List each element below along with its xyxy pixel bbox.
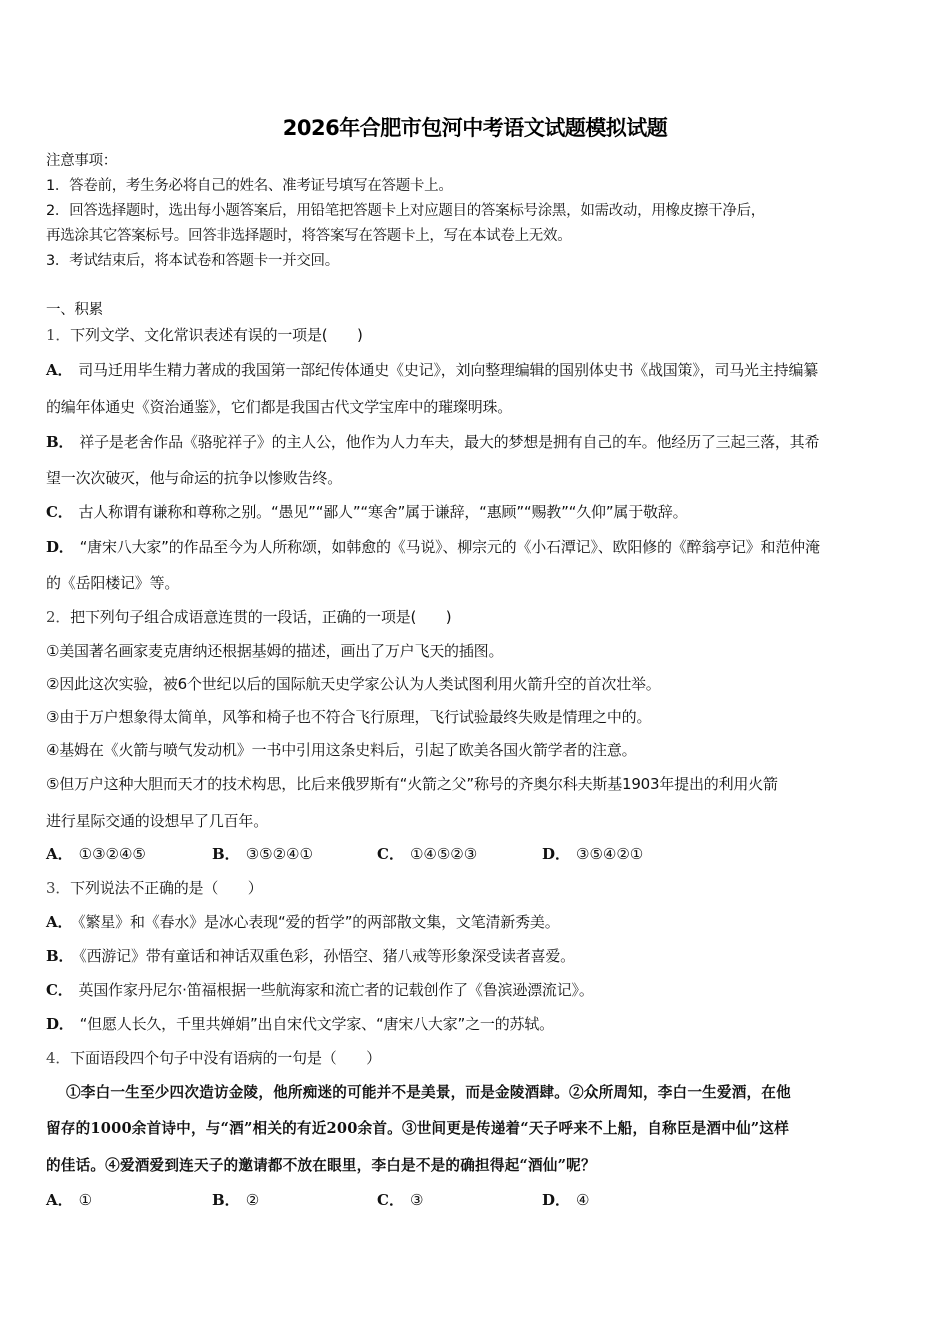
option-letter: A． bbox=[46, 361, 72, 379]
question-number: 3． bbox=[46, 879, 70, 897]
question-number: 4． bbox=[46, 1049, 70, 1067]
notice-heading: 注意事项： bbox=[46, 151, 908, 171]
question-text: 把下列句子组合成语意连贯的一段话，正确的一项是( ) bbox=[70, 608, 451, 626]
q1-option-d[interactable]: D．“唐宋八大家”的作品至今为人所称颂，如韩愈的《马说》、柳宗元的《小石潭记》、… bbox=[46, 537, 908, 557]
option-letter: B． bbox=[212, 1191, 240, 1209]
option-text: 古人称谓有谦称和尊称之别。“愚见”“鄙人”“寒舍”属于谦辞，“惠顾”“赐教”“久… bbox=[79, 503, 688, 521]
page-title: 2026年合肥市包河中考语文试题模拟试题 bbox=[0, 112, 950, 142]
q4-option-a[interactable]: A．① bbox=[46, 1190, 92, 1210]
option-text: ③⑤④②① bbox=[576, 845, 643, 863]
q2-sentence-5: ⑤但万户这种大胆而天才的技术构思，比后来俄罗斯有“火箭之父”称号的齐奥尔科夫斯基… bbox=[46, 774, 908, 794]
notice-item: 再选涂其它答案标号。回答非选择题时，将答案写在答题卡上，写在本试卷上无效。 bbox=[46, 226, 908, 246]
option-letter: A． bbox=[46, 1191, 73, 1209]
q2-option-b[interactable]: B．③⑤②④① bbox=[212, 844, 313, 864]
option-letter: A． bbox=[46, 845, 73, 863]
option-letter: C． bbox=[377, 1191, 404, 1209]
option-text: ①③②④⑤ bbox=[79, 845, 146, 863]
question-number: 2． bbox=[46, 608, 70, 626]
option-letter: C． bbox=[377, 845, 404, 863]
option-text: 《西游记》带有童话和神话双重色彩，孙悟空、猪八戒等形象深受读者喜爱。 bbox=[79, 947, 575, 965]
notice-item: 1．答卷前，考生务必将自己的姓名、准考证号填写在答题卡上。 bbox=[46, 176, 908, 196]
q4-option-b[interactable]: B．② bbox=[212, 1190, 259, 1210]
question-1-stem: 1．下列文学、文化常识表述有误的一项是( ) bbox=[46, 325, 908, 345]
notice-item: 2．回答选择题时，选出每小题答案后，用铅笔把答题卡上对应题目的答案标号涂黑，如需… bbox=[46, 201, 908, 221]
option-text: 司马迁用毕生精力著成的我国第一部纪传体通史《史记》，刘向整理编辑的国别体史书《战… bbox=[78, 361, 818, 379]
q3-option-a[interactable]: A．《繁星》和《春水》是冰心表现“爱的哲学”的两部散文集，文笔清新秀美。 bbox=[46, 912, 908, 932]
q4-passage-line: 的佳话。④爱酒爱到连天子的邀请都不放在眼里，李白是不是的确担得起“酒仙”呢？ bbox=[46, 1156, 908, 1176]
question-2-stem: 2．把下列句子组合成语意连贯的一段话，正确的一项是( ) bbox=[46, 607, 908, 627]
option-letter: B． bbox=[212, 845, 240, 863]
question-text: 下列文学、文化常识表述有误的一项是( ) bbox=[70, 326, 363, 344]
option-text: 英国作家丹尼尔·笛福根据一些航海家和流亡者的记载创作了《鲁滨逊漂流记》。 bbox=[79, 981, 594, 999]
q1-option-d-cont: 的《岳阳楼记》等。 bbox=[46, 573, 908, 593]
q1-option-b-cont: 望一次次破灭，他与命运的抗争以惨败告终。 bbox=[46, 468, 908, 488]
option-letter: D． bbox=[46, 538, 74, 556]
q4-options: A．① B．② C．③ D．④ bbox=[46, 1190, 908, 1210]
option-letter: B． bbox=[46, 433, 73, 451]
option-letter: B． bbox=[46, 947, 73, 965]
q3-option-d[interactable]: D．“但愿人长久，千里共婵娟”出自宋代文学家、“唐宋八大家”之一的苏轼。 bbox=[46, 1014, 908, 1034]
option-letter: D． bbox=[542, 1191, 570, 1209]
q2-sentence-3: ③由于万户想象得太简单，风筝和椅子也不符合飞行原理，飞行试验最终失败是情理之中的… bbox=[46, 707, 908, 727]
q1-option-b[interactable]: B．祥子是老舍作品《骆驼祥子》的主人公，他作为人力车夫，最大的梦想是拥有自己的车… bbox=[46, 432, 908, 452]
q2-sentence-4: ④基姆在《火箭与喷气发动机》一书中引用这条史料后，引起了欧美各国火箭学者的注意。 bbox=[46, 740, 908, 760]
option-text: “唐宋八大家”的作品至今为人所称颂，如韩愈的《马说》、柳宗元的《小石潭记》、欧阳… bbox=[80, 538, 820, 556]
option-text: ① bbox=[79, 1191, 92, 1209]
q2-options: A．①③②④⑤ B．③⑤②④① C．①④⑤②③ D．③⑤④②① bbox=[46, 844, 908, 864]
q3-option-c[interactable]: C．英国作家丹尼尔·笛福根据一些航海家和流亡者的记载创作了《鲁滨逊漂流记》。 bbox=[46, 980, 908, 1000]
notice-item: 3．考试结束后，将本试卷和答题卡一并交回。 bbox=[46, 251, 908, 271]
q1-option-a-cont: 的编年体通史《资治通鉴》，它们都是我国古代文学宝库中的璀璨明珠。 bbox=[46, 397, 908, 417]
question-4-stem: 4．下面语段四个句子中没有语病的一句是（ ） bbox=[46, 1048, 908, 1068]
question-text: 下面语段四个句子中没有语病的一句是（ ） bbox=[70, 1049, 381, 1067]
q2-option-d[interactable]: D．③⑤④②① bbox=[542, 844, 643, 864]
question-text: 下列说法不正确的是（ ） bbox=[70, 879, 262, 897]
option-text: ③⑤②④① bbox=[246, 845, 313, 863]
q2-sentence-1: ①美国著名画家麦克唐纳还根据基姆的描述，画出了万户飞天的插图。 bbox=[46, 641, 908, 661]
option-text: 《繁星》和《春水》是冰心表现“爱的哲学”的两部散文集，文笔清新秀美。 bbox=[78, 913, 559, 931]
question-3-stem: 3．下列说法不正确的是（ ） bbox=[46, 878, 908, 898]
option-letter: D． bbox=[46, 1015, 74, 1033]
q4-option-c[interactable]: C．③ bbox=[377, 1190, 423, 1210]
q4-option-d[interactable]: D．④ bbox=[542, 1190, 589, 1210]
option-text: ①④⑤②③ bbox=[410, 845, 477, 863]
q2-option-a[interactable]: A．①③②④⑤ bbox=[46, 844, 146, 864]
q1-option-a[interactable]: A．司马迁用毕生精力著成的我国第一部纪传体通史《史记》，刘向整理编辑的国别体史书… bbox=[46, 360, 908, 380]
q2-sentence-5-cont: 进行星际交通的设想早了几百年。 bbox=[46, 811, 908, 831]
q4-passage-line: 留存的1000余首诗中，与“酒”相关的有近200余首。③世间更是传递着“天子呼来… bbox=[46, 1119, 908, 1139]
option-letter: C． bbox=[46, 503, 73, 521]
section-heading: 一、积累 bbox=[46, 300, 908, 320]
q2-sentence-2: ②因此这次实验，被6个世纪以后的国际航天史学家公认为人类试图利用火箭升空的首次壮… bbox=[46, 674, 908, 694]
question-number: 1． bbox=[46, 326, 70, 344]
option-text: ④ bbox=[576, 1191, 589, 1209]
option-text: “但愿人长久，千里共婵娟”出自宋代文学家、“唐宋八大家”之一的苏轼。 bbox=[80, 1015, 554, 1033]
exam-page: 2026年合肥市包河中考语文试题模拟试题 注意事项： 1．答卷前，考生务必将自己… bbox=[0, 0, 950, 1344]
option-letter: D． bbox=[542, 845, 570, 863]
option-letter: A． bbox=[46, 913, 72, 931]
option-letter: C． bbox=[46, 981, 73, 999]
option-text: ③ bbox=[410, 1191, 423, 1209]
option-text: 祥子是老舍作品《骆驼祥子》的主人公，他作为人力车夫，最大的梦想是拥有自己的车。他… bbox=[79, 433, 819, 451]
q1-option-c[interactable]: C．古人称谓有谦称和尊称之别。“愚见”“鄙人”“寒舍”属于谦辞，“惠顾”“赐教”… bbox=[46, 502, 908, 522]
option-text: ② bbox=[246, 1191, 259, 1209]
q2-option-c[interactable]: C．①④⑤②③ bbox=[377, 844, 477, 864]
q4-passage-line: ①李白一生至少四次造访金陵，他所痴迷的可能并不是美景，而是金陵酒肆。②众所周知，… bbox=[66, 1083, 908, 1103]
q3-option-b[interactable]: B．《西游记》带有童话和神话双重色彩，孙悟空、猪八戒等形象深受读者喜爱。 bbox=[46, 946, 908, 966]
